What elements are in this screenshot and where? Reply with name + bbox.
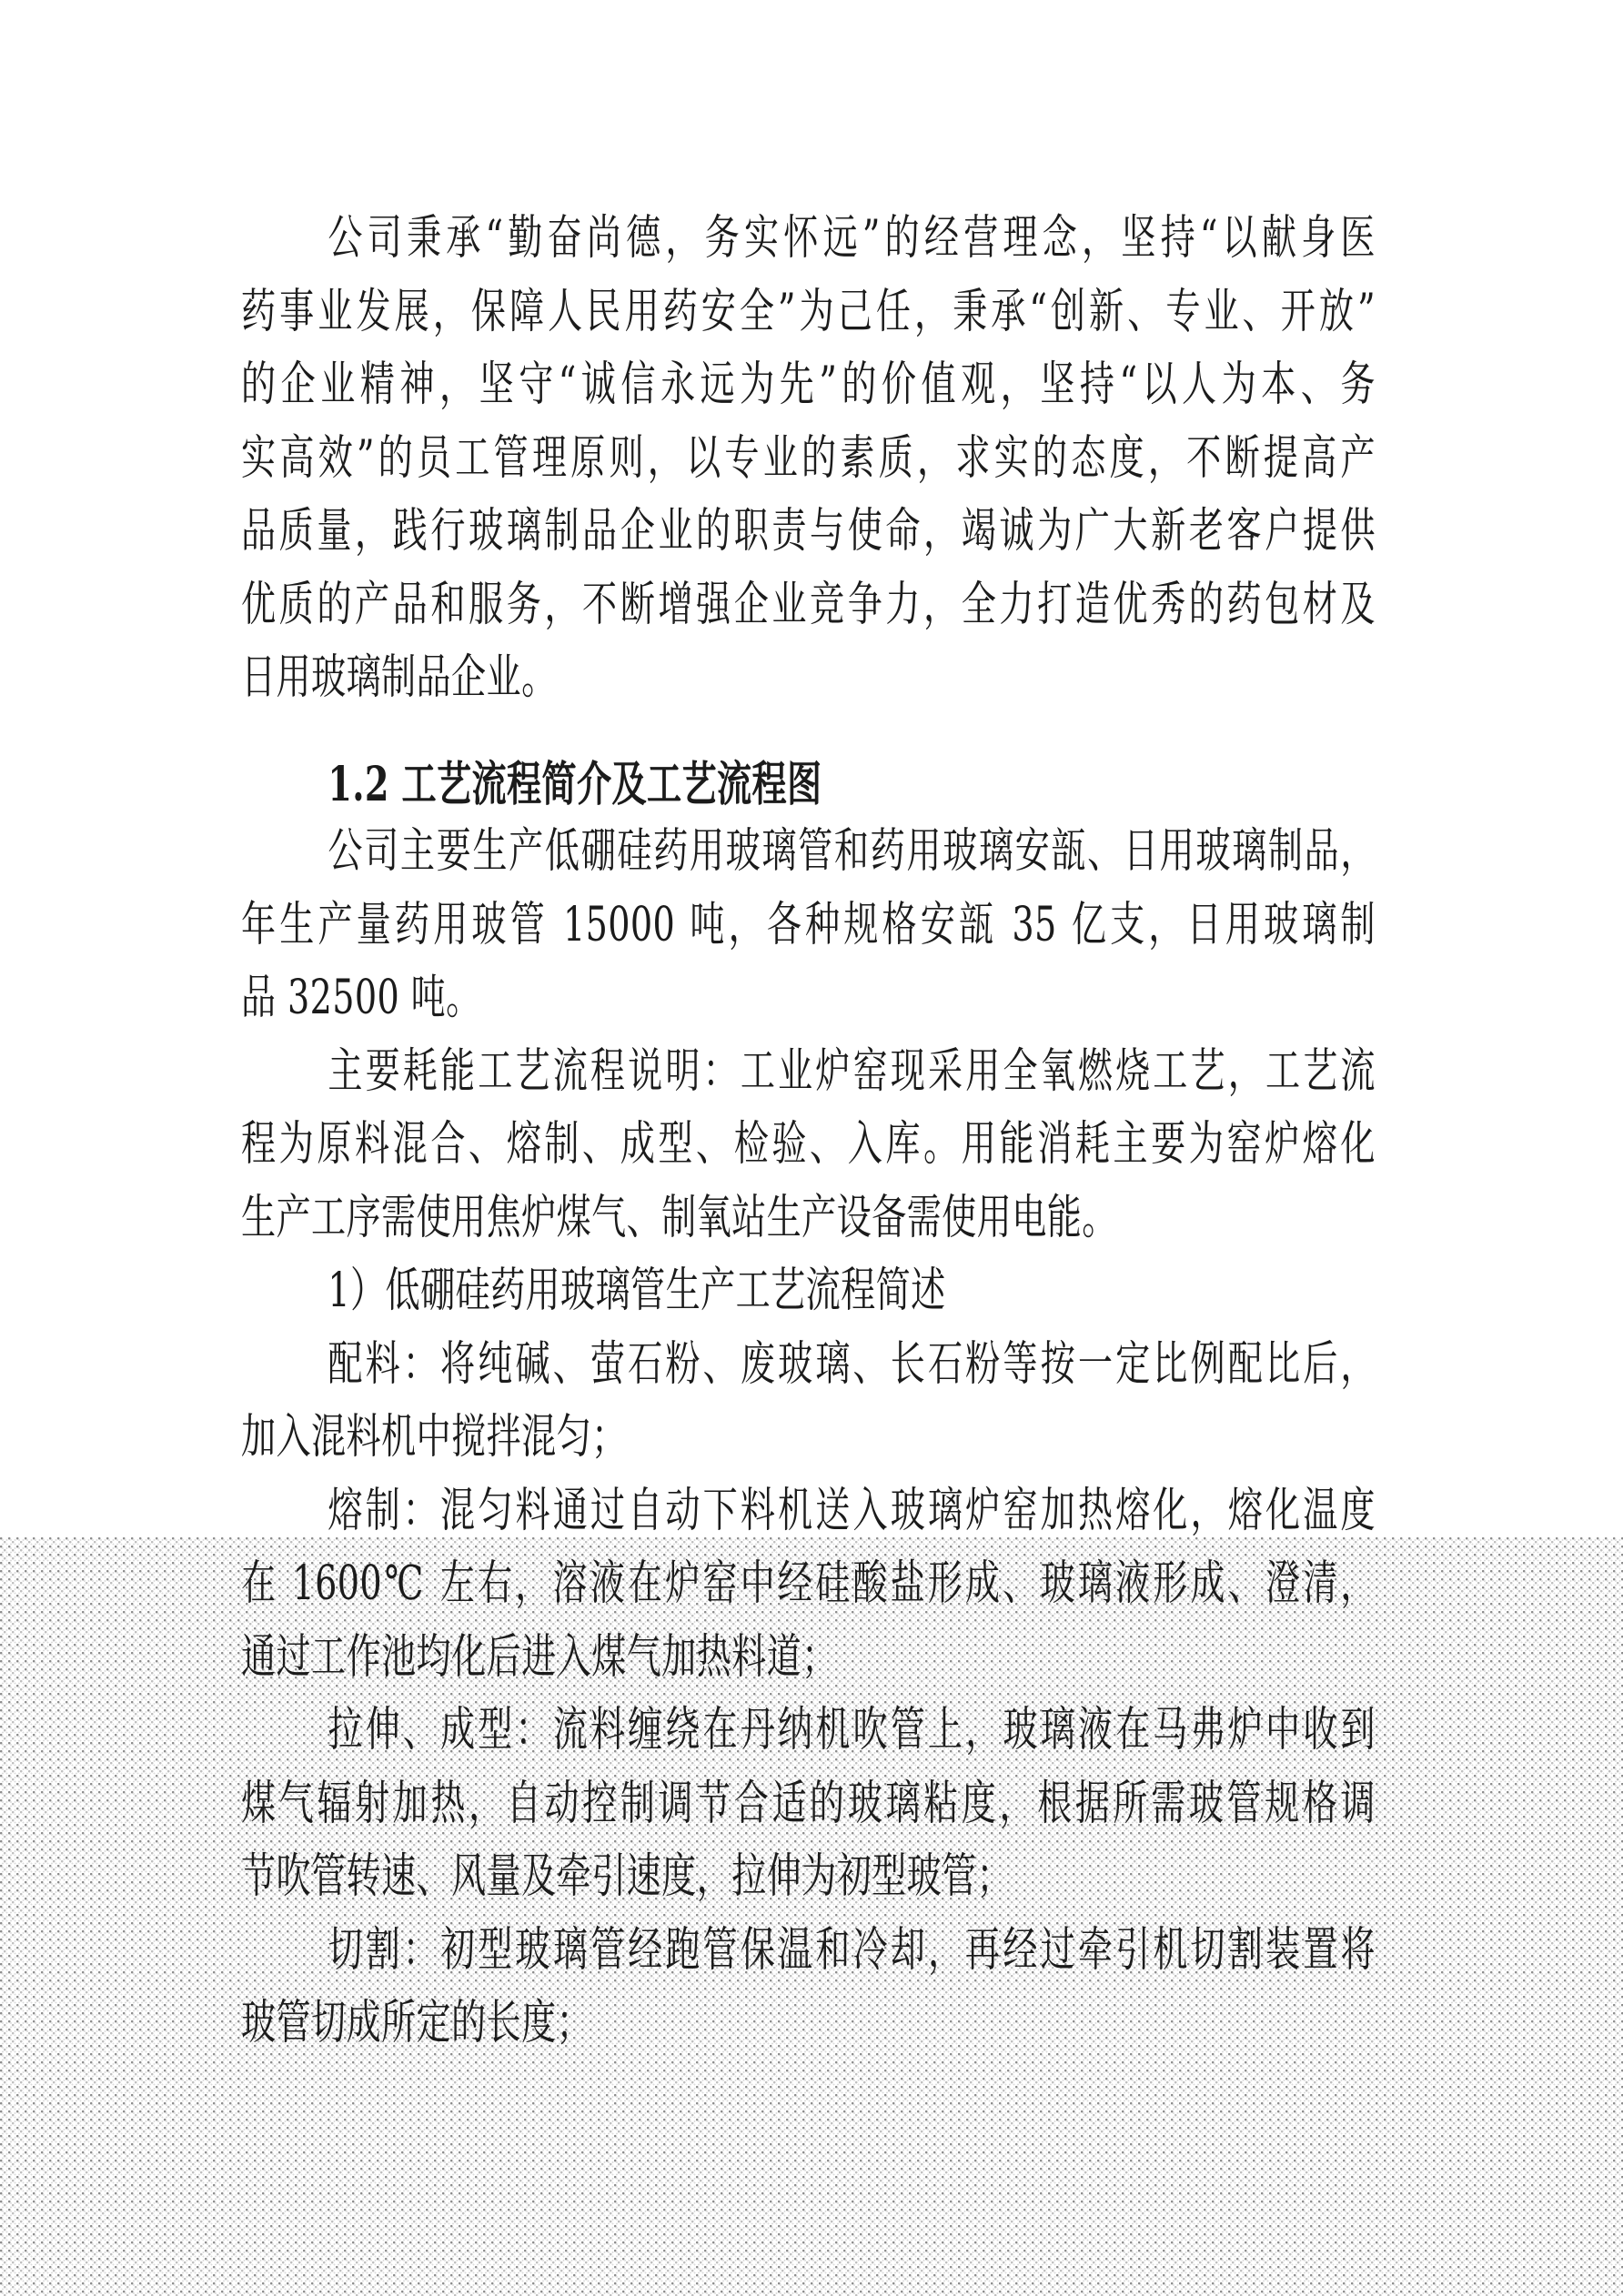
doc-line: 优质的产品和服务，不断增强企业竞争力，全力打造优秀的药包材及 xyxy=(241,569,1376,642)
doc-line: 配料：将纯碱、萤石粉、废玻璃、长石粉等按一定比例配比后， xyxy=(241,1328,1376,1402)
doc-line: 生产工序需使用焦炉煤气、制氧站生产设备需使用电能。 xyxy=(241,1182,1376,1255)
doc-line: 玻管切成所定的长度； xyxy=(241,1987,1376,2060)
doc-line: 品质量，践行玻璃制品企业的职责与使命，竭诚为广大新老客户提供 xyxy=(241,495,1376,569)
document-page: 公司秉承“勤奋尚德，务实怀远”的经营理念，坚持“以献身医 药事业发展，保障人民用… xyxy=(0,0,1623,2296)
doc-line: 加入混料机中搅拌混匀； xyxy=(241,1401,1376,1475)
doc-line: 拉伸、成型：流料缠绕在丹纳机吹管上，玻璃液在马弗炉中收到 xyxy=(241,1694,1376,1767)
section-heading: 1.2 工艺流程简介及工艺流程图 xyxy=(241,749,1376,822)
doc-line: 在 1600℃ 左右，溶液在炉窑中经硅酸盐形成、玻璃液形成、澄清， xyxy=(241,1547,1376,1621)
doc-line: 切割：初型玻璃管经跑管保温和冷却，再经过牵引机切割装置将 xyxy=(241,1914,1376,1988)
doc-line: 主要耗能工艺流程说明：工业炉窑现采用全氧燃烧工艺，工艺流 xyxy=(241,1035,1376,1109)
doc-line: 药事业发展，保障人民用药安全”为己任，秉承“创新、专业、开放” xyxy=(241,276,1376,349)
doc-line: 公司主要生产低硼硅药用玻璃管和药用玻璃安瓿、日用玻璃制品， xyxy=(241,815,1376,889)
doc-line: 品 32500 吨。 xyxy=(241,962,1376,1035)
text-block: 公司秉承“勤奋尚德，务实怀远”的经营理念，坚持“以献身医 药事业发展，保障人民用… xyxy=(241,202,1376,2060)
doc-line: 实高效”的员工管理原则，以专业的素质，求实的态度，不断提高产 xyxy=(241,422,1376,496)
doc-line: 节吹管转速、风量及牵引速度，拉伸为初型玻管； xyxy=(241,1840,1376,1914)
doc-line: 日用玻璃制品企业。 xyxy=(241,641,1376,715)
doc-line: 的企业精神，坚守“诚信永远为先”的价值观，坚持“以人为本、务 xyxy=(241,348,1376,422)
doc-line: 通过工作池均化后进入煤气加热料道； xyxy=(241,1621,1376,1695)
doc-line: 程为原料混合、熔制、成型、检验、入库。用能消耗主要为窑炉熔化 xyxy=(241,1108,1376,1182)
doc-line: 年生产量药用玻管 15000 吨，各种规格安瓿 35 亿支，日用玻璃制 xyxy=(241,889,1376,962)
doc-line: 煤气辐射加热，自动控制调节合适的玻璃粘度，根据所需玻管规格调 xyxy=(241,1767,1376,1841)
doc-line: 公司秉承“勤奋尚德，务实怀远”的经营理念，坚持“以献身医 xyxy=(241,202,1376,276)
doc-line: 1）低硼硅药用玻璃管生产工艺流程简述 xyxy=(241,1254,1376,1328)
doc-line: 熔制：混匀料通过自动下料机送入玻璃炉窑加热熔化，熔化温度 xyxy=(241,1475,1376,1548)
